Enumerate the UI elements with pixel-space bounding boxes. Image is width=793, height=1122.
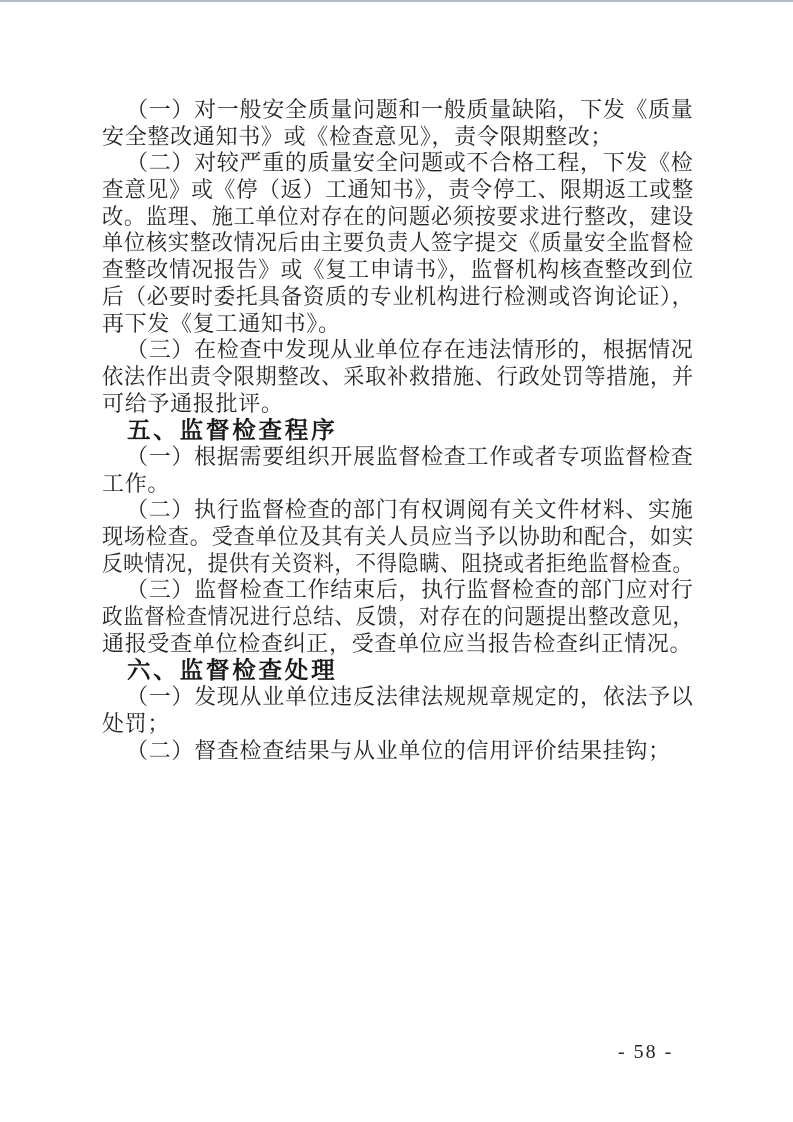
document-body: （一）对一般安全质量问题和一般质量缺陷，下发《质量安全整改通知书》或《检查意见》… <box>102 97 694 764</box>
text-line: 处罚； <box>102 711 694 738</box>
text-line: （三）在检查中发现从业单位存在违法情形的，根据情况 <box>102 337 694 364</box>
text-line: 通报受查单位检查纠正，受查单位应当报告检查纠正情况。 <box>102 631 694 658</box>
text-line: 依法作出责令限期整改、采取补救措施、行政处罚等措施，并 <box>102 364 674 391</box>
text-line: 可给予通报批评。 <box>102 391 694 418</box>
page-number: - 58 - <box>618 1041 673 1064</box>
document-page: （一）对一般安全质量问题和一般质量缺陷，下发《质量安全整改通知书》或《检查意见》… <box>0 0 793 1122</box>
text-line: （二）督查检查结果与从业单位的信用评价结果挂钩； <box>102 738 694 765</box>
text-line: 后（必要时委托具备资质的专业机构进行检测或咨询论证）， <box>102 284 684 311</box>
text-line: （一）发现从业单位违反法律法规规章规定的，依法予以 <box>102 684 694 711</box>
text-line: （三）监督检查工作结束后，执行监督检查的部门应对行 <box>102 577 694 604</box>
text-line: 现场检查。受查单位及其有关人员应当予以协助和配合，如实 <box>102 524 674 551</box>
text-line: （二）执行监督检查的部门有权调阅有关文件材料、实施 <box>102 497 694 524</box>
text-line: 安全整改通知书》或《检查意见》，责令限期整改； <box>102 124 694 151</box>
text-line: 政监督检查情况进行总结、反馈，对存在的问题提出整改意见， <box>102 604 653 631</box>
text-line: 改。监理、施工单位对存在的问题必须按要求进行整改，建设 <box>102 204 674 231</box>
text-line: 查意见》或《停（返）工通知书》，责令停工、限期返工或整 <box>102 177 684 204</box>
text-line: 工作。 <box>102 471 694 498</box>
text-line: （一）对一般安全质量问题和一般质量缺陷，下发《质量 <box>102 97 694 124</box>
text-line: 再下发《复工通知书》。 <box>102 311 694 338</box>
section-heading: 六、监督检查处理 <box>102 657 694 684</box>
text-line: 单位核实整改情况后由主要负责人签字提交《质量安全监督检 <box>102 230 674 257</box>
text-line: （二）对较严重的质量安全问题或不合格工程，下发《检 <box>102 150 694 177</box>
section-heading: 五、监督检查程序 <box>102 417 694 444</box>
text-line: 查整改情况报告》或《复工申请书》，监督机构核查整改到位 <box>102 257 684 284</box>
scan-edge-artifact <box>0 0 793 2</box>
text-line: 反映情况，提供有关资料，不得隐瞒、阻挠或者拒绝监督检查。 <box>102 551 653 578</box>
text-line: （一）根据需要组织开展监督检查工作或者专项监督检查 <box>102 444 694 471</box>
